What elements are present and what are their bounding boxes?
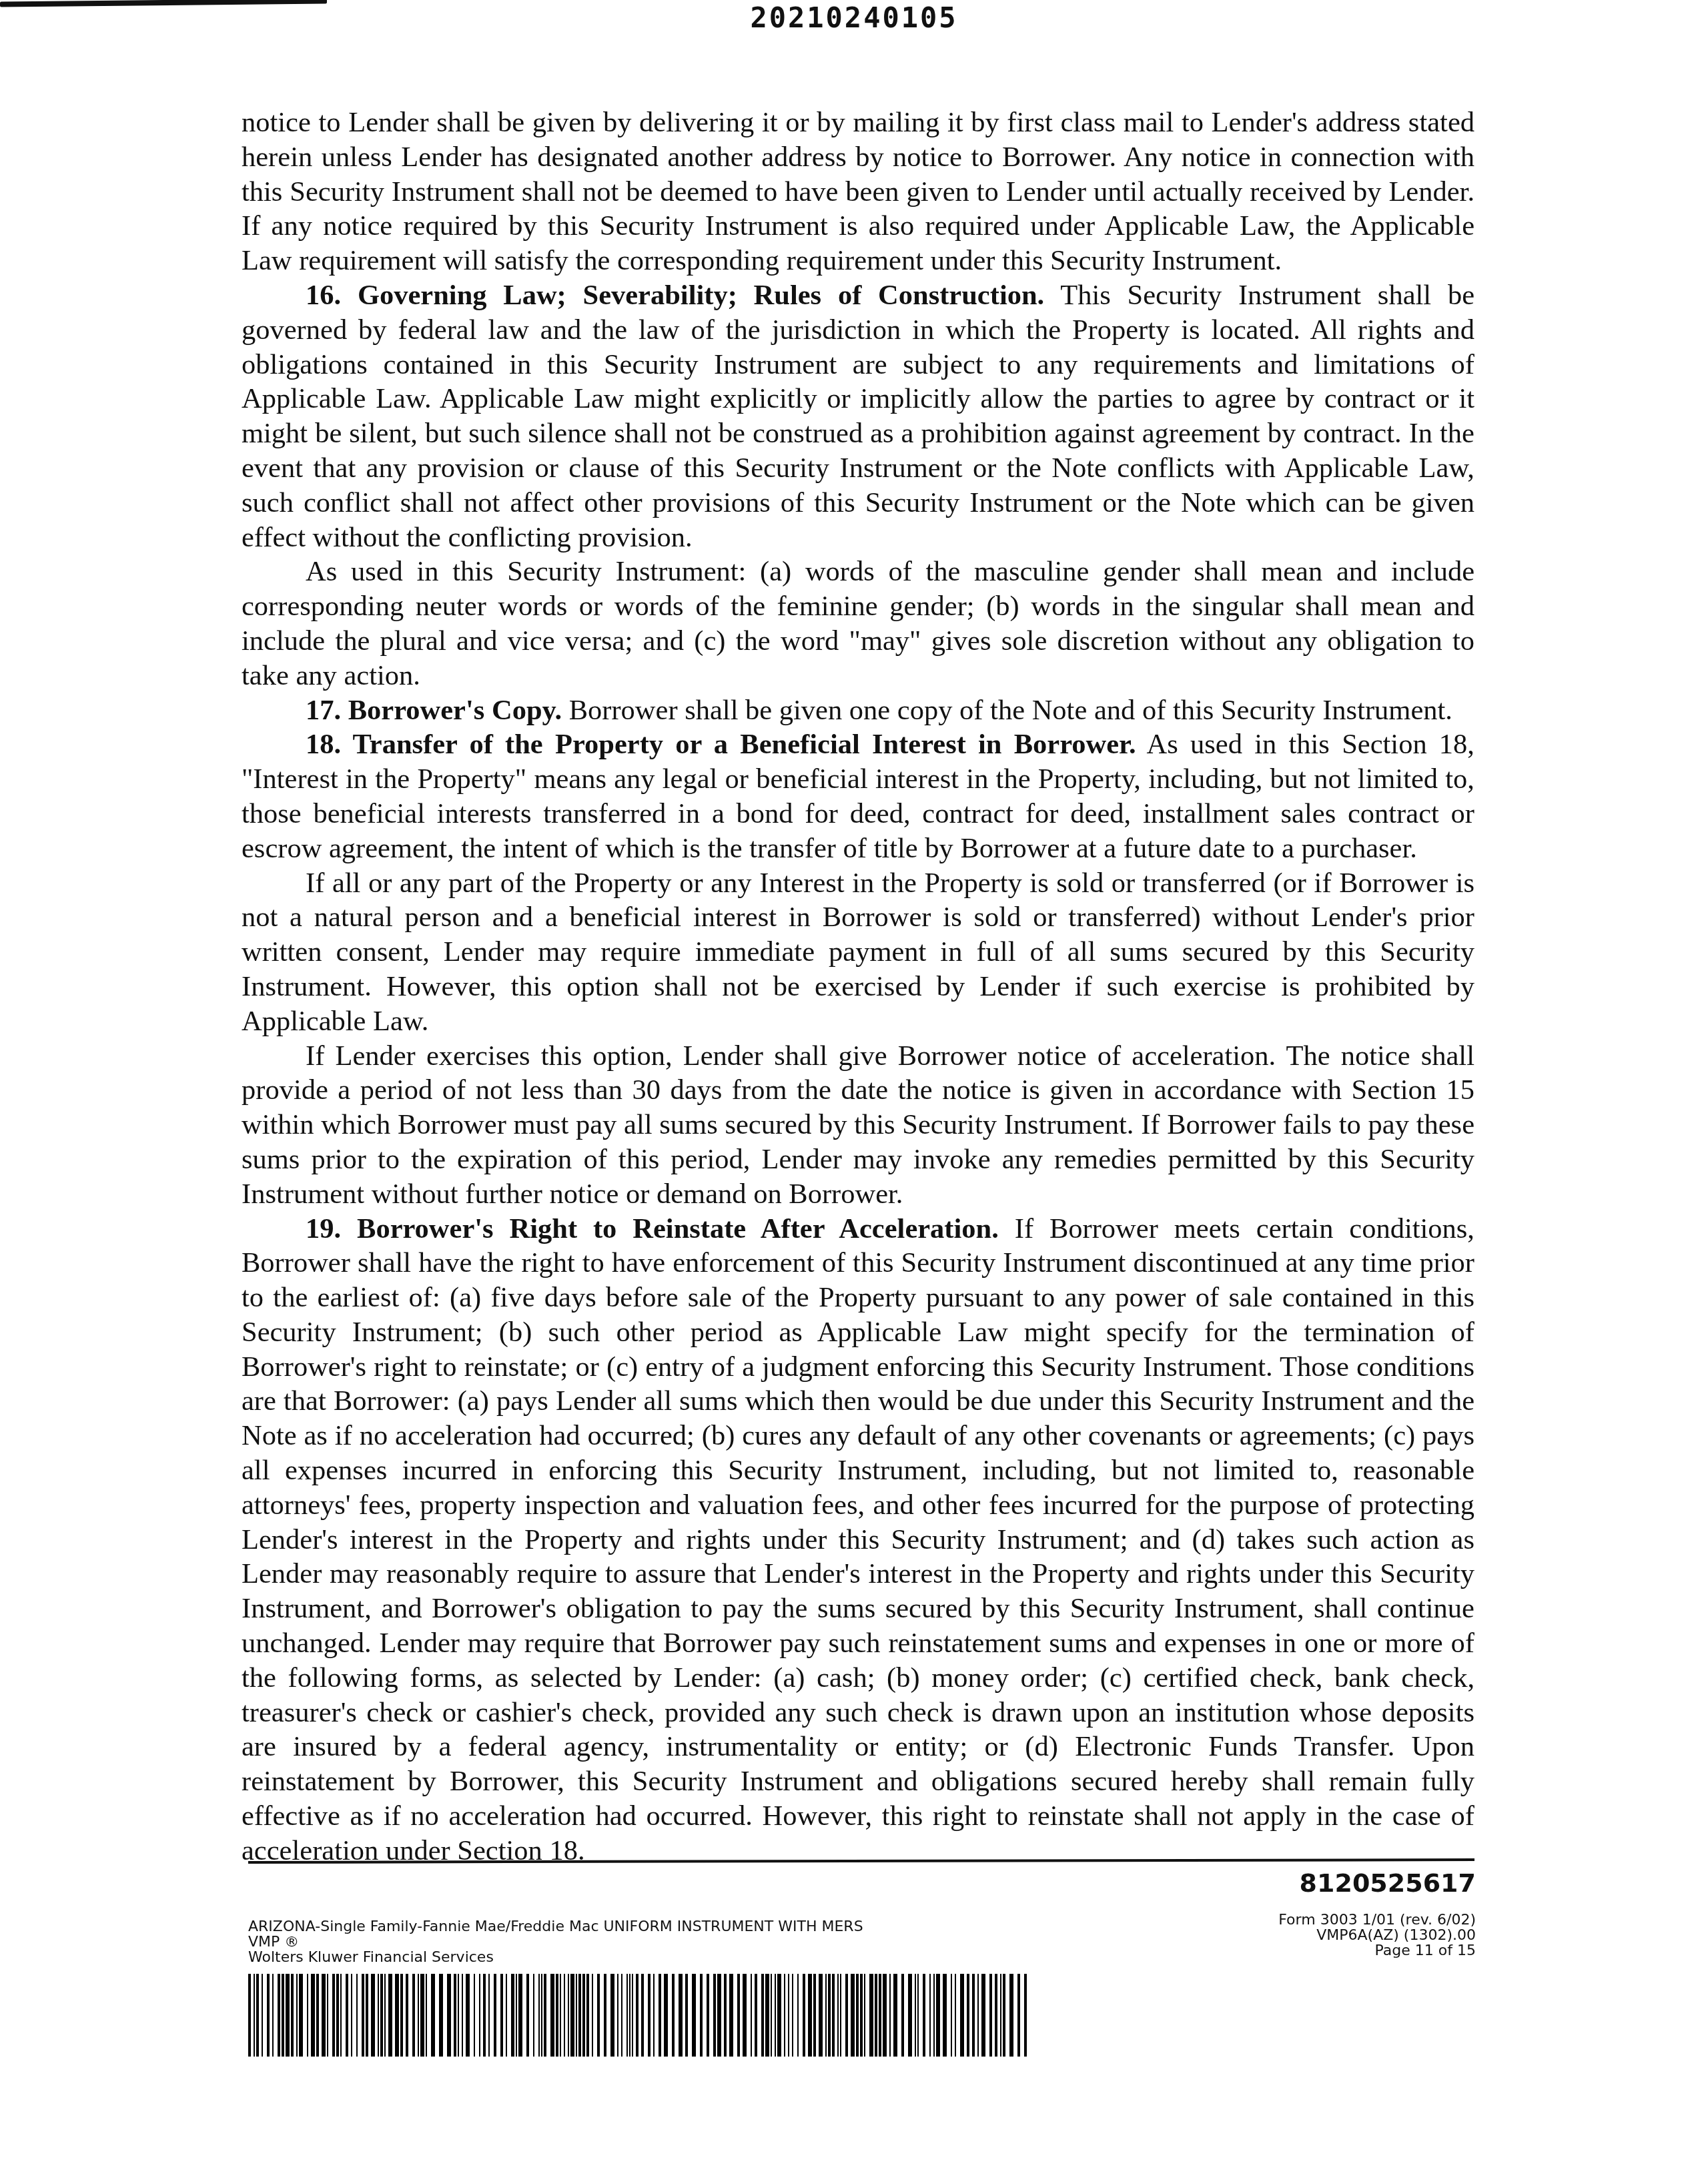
barcode-bar bbox=[864, 1974, 865, 2057]
page-indicator: Page 11 of 15 bbox=[1278, 1943, 1476, 1958]
barcode-bar bbox=[1003, 1974, 1005, 2057]
barcode-bar bbox=[729, 1974, 733, 2057]
barcode-bar bbox=[340, 1974, 342, 2057]
barcode-bar bbox=[431, 1974, 435, 2057]
barcode-bar bbox=[256, 1974, 259, 2057]
barcode-bar bbox=[418, 1974, 419, 2057]
barcode-bar bbox=[692, 1974, 696, 2057]
barcode-bar bbox=[332, 1974, 335, 2057]
barcode-bar bbox=[494, 1974, 496, 2057]
paragraph-text: As used in this Security Instrument: (a)… bbox=[242, 556, 1474, 691]
barcode-bar bbox=[792, 1974, 793, 2057]
barcode-bar bbox=[516, 1974, 517, 2057]
vmp-mark: VMP ® bbox=[248, 1934, 863, 1950]
barcode-bar bbox=[380, 1974, 383, 2057]
barcode-bar bbox=[803, 1974, 805, 2057]
barcode-bar bbox=[936, 1974, 940, 2057]
barcode-bar bbox=[538, 1974, 540, 2057]
paragraph-text: notice to Lender shall be given by deliv… bbox=[242, 107, 1474, 276]
barcode-bar bbox=[592, 1974, 593, 2057]
barcode-bar bbox=[784, 1974, 785, 2057]
barcode-bar bbox=[1024, 1974, 1027, 2057]
barcode-image bbox=[248, 1974, 1027, 2057]
barcode-bar bbox=[860, 1974, 863, 2057]
barcode-bar bbox=[995, 1974, 997, 2057]
barcode-bar bbox=[915, 1974, 916, 2057]
publisher-name: Wolters Kluwer Financial Services bbox=[248, 1950, 863, 1965]
barcode-bar bbox=[248, 1974, 251, 2057]
paragraph-notice-continued: notice to Lender shall be given by deliv… bbox=[242, 105, 1474, 278]
section-17-borrowers-copy: 17. Borrower's Copy. Borrower shall be g… bbox=[242, 693, 1474, 728]
barcode-bar bbox=[322, 1974, 326, 2057]
barcode-bar bbox=[828, 1974, 831, 2057]
barcode-bar bbox=[346, 1974, 348, 2057]
barcode-bar bbox=[851, 1974, 855, 2057]
barcode-bar bbox=[856, 1974, 859, 2057]
barcode-bar bbox=[296, 1974, 298, 2057]
section-18-transfer-of-property: 18. Transfer of the Property or a Benefi… bbox=[242, 727, 1474, 865]
barcode-bar bbox=[685, 1974, 688, 2057]
recording-document-number: 20210240105 bbox=[0, 1, 1708, 34]
barcode-bar bbox=[544, 1974, 546, 2057]
barcode-bar bbox=[299, 1974, 303, 2057]
barcode-bar bbox=[908, 1974, 912, 2057]
paragraph-text: Borrower shall be given one copy of the … bbox=[562, 695, 1452, 726]
barcode-bar bbox=[454, 1974, 456, 2057]
barcode-bar bbox=[813, 1974, 816, 2057]
barcode-bar bbox=[893, 1974, 897, 2057]
barcode-bar bbox=[488, 1974, 490, 2057]
barcode-bar bbox=[777, 1974, 781, 2057]
barcode-bar bbox=[479, 1974, 480, 2057]
document-body: notice to Lender shall be given by deliv… bbox=[242, 105, 1474, 1868]
barcode-bar bbox=[378, 1974, 379, 2057]
barcode-bar bbox=[788, 1974, 789, 2057]
barcode-bar bbox=[395, 1974, 399, 2057]
barcode-bar bbox=[889, 1974, 891, 2057]
barcode-bar bbox=[717, 1974, 721, 2057]
barcode-bar bbox=[286, 1974, 290, 2057]
barcode-bar bbox=[775, 1974, 776, 2057]
barcode-bar bbox=[621, 1974, 622, 2057]
barcode-bar bbox=[351, 1974, 352, 2057]
barcode-bar bbox=[923, 1974, 925, 2057]
section-heading: 16. Governing Law; Severability; Rules o… bbox=[306, 280, 1044, 311]
barcode-bar bbox=[541, 1974, 542, 2057]
barcode-bar bbox=[1017, 1974, 1020, 2057]
barcode-bar bbox=[278, 1974, 280, 2057]
barcode-bar bbox=[500, 1974, 503, 2057]
barcode-bar bbox=[632, 1974, 633, 2057]
section-16-governing-law: 16. Governing Law; Severability; Rules o… bbox=[242, 278, 1474, 555]
barcode-bar bbox=[262, 1974, 263, 2057]
barcode-bar bbox=[282, 1974, 284, 2057]
barcode-bar bbox=[653, 1974, 655, 2057]
barcode-bar bbox=[707, 1974, 709, 2057]
barcode-bar bbox=[550, 1974, 554, 2057]
barcode-bar bbox=[943, 1974, 947, 2057]
barcode-bar bbox=[506, 1974, 507, 2057]
barcode-bar bbox=[737, 1974, 740, 2057]
barcode-bar bbox=[578, 1974, 581, 2057]
barcode-bar bbox=[917, 1974, 919, 2057]
form-title: ARIZONA-Single Family-Fannie Mae/Freddie… bbox=[248, 1919, 863, 1934]
paragraph-rules-of-construction: As used in this Security Instrument: (a)… bbox=[242, 555, 1474, 693]
barcode-bar bbox=[967, 1974, 969, 2057]
barcode-bar bbox=[883, 1974, 887, 2057]
barcode-bar bbox=[307, 1974, 308, 2057]
barcode-bar bbox=[664, 1974, 668, 2057]
barcode-bar bbox=[458, 1974, 459, 2057]
barcode-bar bbox=[951, 1974, 952, 2057]
barcode-bar bbox=[819, 1974, 823, 2057]
barcode-bar bbox=[641, 1974, 644, 2057]
barcode-bar bbox=[771, 1974, 772, 2057]
barcode-bar bbox=[384, 1974, 386, 2057]
barcode-bar bbox=[336, 1974, 339, 2057]
paragraph-transfer-consent: If all or any part of the Property or an… bbox=[242, 866, 1474, 1039]
barcode-bar bbox=[291, 1974, 294, 2057]
section-19-right-to-reinstate: 19. Borrower's Right to Reinstate After … bbox=[242, 1212, 1474, 1868]
barcode-bar bbox=[511, 1974, 515, 2057]
barcode-bar bbox=[556, 1974, 558, 2057]
barcode-bar bbox=[617, 1974, 618, 2057]
paragraph-text: If all or any part of the Property or an… bbox=[242, 867, 1474, 1037]
barcode-bar bbox=[879, 1974, 881, 2057]
barcode-bar bbox=[832, 1974, 835, 2057]
barcode-bar bbox=[388, 1974, 392, 2057]
barcode-bar bbox=[267, 1974, 270, 2057]
barcode-bar bbox=[254, 1974, 255, 2057]
paragraph-text: If Lender exercises this option, Lender … bbox=[242, 1040, 1474, 1210]
barcode-bar bbox=[869, 1974, 873, 2057]
barcode-bar bbox=[989, 1974, 992, 2057]
barcode-bar bbox=[400, 1974, 403, 2057]
barcode-bar bbox=[311, 1974, 315, 2057]
barcode-bar bbox=[713, 1974, 716, 2057]
barcode-bar bbox=[462, 1974, 463, 2057]
barcode-bar bbox=[977, 1974, 979, 2057]
barcode-bar bbox=[840, 1974, 841, 2057]
barcode-bar bbox=[981, 1974, 985, 2057]
barcode-bar bbox=[426, 1974, 427, 2057]
barcode-bar bbox=[875, 1974, 877, 2057]
barcode-bar bbox=[933, 1974, 935, 2057]
barcode-bar bbox=[474, 1974, 475, 2057]
barcode-bar bbox=[679, 1974, 683, 2057]
barcode-bar bbox=[751, 1974, 752, 2057]
barcode-bar bbox=[447, 1974, 451, 2057]
paragraph-text: If Borrower meets certain conditions, Bo… bbox=[242, 1213, 1474, 1866]
barcode-bar bbox=[610, 1974, 614, 2057]
barcode-bar bbox=[371, 1974, 375, 2057]
form-number: Form 3003 1/01 (rev. 6/02) bbox=[1278, 1912, 1476, 1928]
barcode-bar bbox=[972, 1974, 975, 2057]
paragraph-text: This Security Instrument shall be govern… bbox=[242, 280, 1474, 553]
barcode-bar bbox=[533, 1974, 534, 2057]
paragraph-acceleration-notice: If Lender exercises this option, Lender … bbox=[242, 1039, 1474, 1212]
form-code: VMP6A(AZ) (1302).00 bbox=[1278, 1928, 1476, 1943]
barcode-bar bbox=[955, 1974, 956, 2057]
barcode-bar bbox=[636, 1974, 638, 2057]
barcode-bar bbox=[272, 1974, 274, 2057]
barcode-bar bbox=[1009, 1974, 1013, 2057]
barcode-bar bbox=[564, 1974, 565, 2057]
footer-form-info: ARIZONA-Single Family-Fannie Mae/Freddie… bbox=[248, 1919, 863, 1965]
barcode-bar bbox=[366, 1974, 368, 2057]
barcode-bar bbox=[568, 1974, 569, 2057]
barcode-bar bbox=[406, 1974, 408, 2057]
barcode-bar bbox=[797, 1974, 799, 2057]
barcode-bar bbox=[808, 1974, 812, 2057]
barcode-bar bbox=[626, 1974, 628, 2057]
barcode-bar bbox=[761, 1974, 764, 2057]
barcode-bar bbox=[570, 1974, 574, 2057]
barcode-bar bbox=[597, 1974, 600, 2057]
barcode-bar bbox=[845, 1974, 848, 2057]
barcode-bar bbox=[825, 1974, 827, 2057]
barcode-bar bbox=[412, 1974, 415, 2057]
barcode-bar bbox=[576, 1974, 577, 2057]
barcode-bar bbox=[1000, 1974, 1001, 2057]
barcode-bar bbox=[586, 1974, 589, 2057]
footer-form-codes: Form 3003 1/01 (rev. 6/02) VMP6A(AZ) (13… bbox=[1278, 1912, 1476, 1958]
barcode-bar bbox=[356, 1974, 358, 2057]
barcode-bar bbox=[960, 1974, 964, 2057]
barcode-bar bbox=[466, 1974, 470, 2057]
barcode-bar bbox=[765, 1974, 769, 2057]
barcode-bar bbox=[700, 1974, 703, 2057]
barcode-bar bbox=[420, 1974, 424, 2057]
section-heading: 19. Borrower's Right to Reinstate After … bbox=[306, 1213, 999, 1244]
barcode-bar bbox=[316, 1974, 319, 2057]
barcode-bar bbox=[439, 1974, 443, 2057]
barcode-bar bbox=[560, 1974, 561, 2057]
barcode-bar bbox=[483, 1974, 486, 2057]
barcode-bar bbox=[755, 1974, 757, 2057]
barcode-bar bbox=[648, 1974, 651, 2057]
barcode-bar bbox=[604, 1974, 606, 2057]
barcode-bar bbox=[901, 1974, 904, 2057]
barcode-bar bbox=[526, 1974, 529, 2057]
barcode-bar bbox=[743, 1974, 747, 2057]
barcode-bar bbox=[672, 1974, 675, 2057]
barcode-bar bbox=[582, 1974, 585, 2057]
barcode-bar bbox=[629, 1974, 630, 2057]
barcode-bar bbox=[518, 1974, 522, 2057]
barcode-bar bbox=[929, 1974, 931, 2057]
barcode-bar bbox=[327, 1974, 328, 2057]
barcode-bar bbox=[362, 1974, 364, 2057]
barcode-bar bbox=[659, 1974, 661, 2057]
section-heading: 18. Transfer of the Property or a Benefi… bbox=[306, 729, 1136, 760]
loan-number: 8120525617 bbox=[1300, 1868, 1476, 1898]
barcode-bar bbox=[837, 1974, 839, 2057]
barcode-bar bbox=[724, 1974, 727, 2057]
section-heading: 17. Borrower's Copy. bbox=[306, 695, 562, 726]
